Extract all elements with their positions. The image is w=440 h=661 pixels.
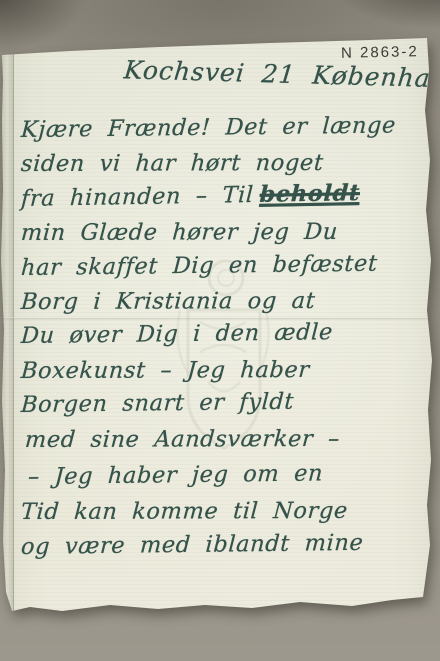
letter-paper: N 2863-2 Kochsvei 21 København Kjære Fræ… (0, 0, 440, 661)
letter-line-text: og være med iblandt mine (20, 529, 364, 559)
letter-line: med sine Aandsværker – (24, 421, 422, 457)
letter-line: fra hinanden – Tilbeholdt (20, 175, 422, 216)
letter-body: Kjære Frænde! Det er længesiden vi har h… (21, 113, 421, 564)
letter-line-text: Tid kan komme til Norge (20, 498, 349, 525)
letter-line: har skaffet Dig en befæstet (20, 246, 422, 285)
letter-line: min Glæde hører jeg Du (20, 215, 422, 251)
letter-line: – Jeg haber jeg om en (27, 455, 422, 494)
struck-word: beholdt (259, 180, 361, 208)
letter-line-text: siden vi har hørt noget (20, 150, 324, 177)
left-fold-edge (0, 50, 14, 613)
letter-line-text: Du øver Dig i den ædle (20, 320, 333, 350)
letter-line-text: – Jeg haber jeg om en (27, 460, 324, 490)
letter-line-text: Borg i Kristiania og at (20, 288, 316, 315)
letter-line-text: Borgen snart er fyldt (20, 389, 295, 418)
photo-backdrop: N 2863-2 Kochsvei 21 København Kjære Fræ… (0, 0, 440, 661)
letter-line: Kjære Frænde! Det er længe (20, 108, 422, 147)
letter-line-text: har skaffet Dig en befæstet (20, 250, 378, 280)
letter-line-text: Kjære Frænde! Det er længe (20, 112, 396, 143)
letter-line: Boxekunst – Jeg haber (20, 352, 422, 388)
archive-label: N 2863-2 (341, 43, 419, 62)
paper-sheet: N 2863-2 Kochsvei 21 København Kjære Fræ… (0, 0, 440, 661)
letter-line: Tid kan komme til Norge (20, 494, 422, 530)
letter-line: Du øver Dig i den ædle (20, 314, 422, 353)
letter-line-text: Boxekunst – Jeg haber (20, 357, 310, 384)
letter-line: og være med iblandt mine (20, 525, 422, 564)
letter-heading: Kochsvei 21 København (123, 55, 440, 93)
letter-line-text: min Glæde hører jeg Du (20, 219, 339, 246)
letter-line-text: med sine Aandsværker – (24, 425, 341, 452)
letter-line-text: fra hinanden – Til (20, 182, 254, 212)
letter-line: Borgen snart er fyldt (20, 383, 422, 422)
